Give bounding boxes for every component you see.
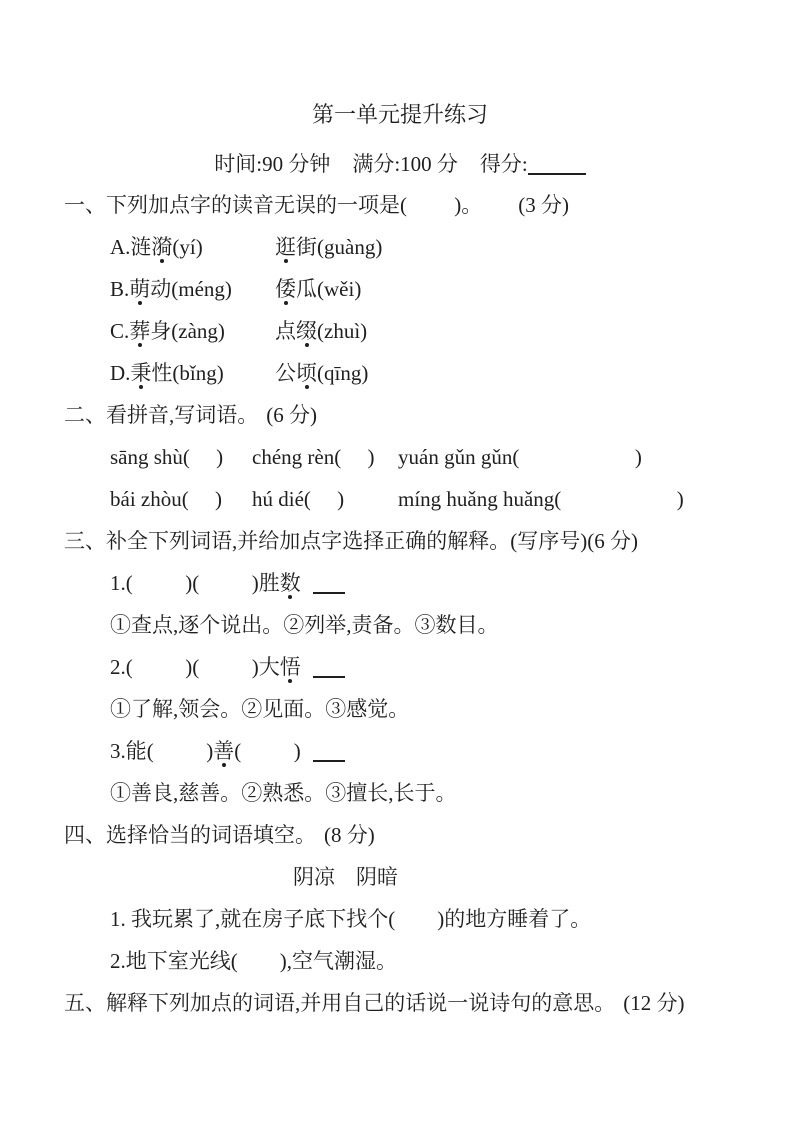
pinyin-prompt: chéng rèn( )	[252, 436, 398, 478]
q3-choices-2: ①了解,领会。②见面。③感觉。	[64, 688, 736, 730]
dotted-char: 数	[280, 573, 301, 594]
choices-text: ①了解,领会。②见面。③感觉。	[110, 697, 409, 721]
q1-option-a-word1: A.涟漪(yí)	[110, 226, 275, 268]
dotted-char: 善	[213, 741, 234, 762]
q1-option-b-word1: B.萌动(méng)	[110, 268, 275, 310]
word-pre: 公	[275, 361, 296, 385]
word-pre: D.	[110, 361, 130, 385]
word-pre: C.	[110, 319, 129, 343]
q3-points: (6 分)	[587, 529, 638, 553]
item-pre: 1.( )( )胜	[110, 571, 280, 595]
q1-option-d-word2: 公顷(qīng)	[275, 352, 368, 394]
q3-choices-3: ①善良,慈善。②熟悉。③擅长,长于。	[64, 772, 736, 814]
score-blank-line	[528, 173, 586, 175]
q3-choices-1: ①查点,逐个说出。②列举,责备。③数目。	[64, 604, 736, 646]
word-suf: (zhuì)	[317, 319, 367, 343]
q3-header-text: 三、补全下列词语,并给加点字选择正确的解释。(写序号)	[64, 529, 587, 553]
q5-points: (12 分)	[623, 991, 684, 1015]
answer-blank-line	[313, 592, 345, 594]
score-group: 得分:	[480, 150, 586, 178]
q1-points: (3 分)	[518, 193, 569, 217]
q2-pinyin-row-2: bái zhòu( ) hú dié( ) míng huǎng huǎng( …	[64, 478, 736, 520]
q4-item-1: 1. 我玩累了,就在房子底下找个( )的地方睡着了。	[64, 898, 736, 940]
q4-header: 四、选择恰当的词语填空。(8 分)	[64, 814, 736, 856]
q1-option-c: C.葬身(zàng) 点缀(zhuì)	[64, 310, 736, 352]
q1-option-b: B.萌动(méng) 倭瓜(wěi)	[64, 268, 736, 310]
score-label: 得分:	[480, 152, 528, 176]
q2-header-text: 二、看拼音,写词语。	[64, 403, 258, 427]
item-pre: 2.( )( )大	[110, 655, 280, 679]
word-suf: 街(guàng)	[296, 235, 382, 259]
page-title: 第一单元提升练习	[64, 0, 736, 129]
dotted-char: 漪	[151, 237, 172, 258]
sentence-text: 2.地下室光线( ),空气潮湿。	[110, 949, 397, 973]
answer-blank-line	[313, 676, 345, 678]
choices-text: ①善良,慈善。②熟悉。③擅长,长于。	[110, 781, 457, 805]
pinyin-prompt: yuán gǔn gǔn( )	[398, 436, 642, 478]
q3-item-1: 1.( )( )胜数	[64, 562, 736, 604]
word-bank-text: 阴凉 阴暗	[293, 865, 398, 889]
word-suf: 动(méng)	[150, 277, 232, 301]
dotted-char: 缀	[296, 321, 317, 342]
pinyin-prompt: míng huǎng huǎng( )	[398, 478, 684, 520]
q1-option-a-word2: 逛街(guàng)	[275, 226, 382, 268]
exam-page: 第一单元提升练习 时间:90 分钟 满分:100 分 得分: 一、下列加点字的读…	[0, 0, 800, 1136]
q3-header: 三、补全下列词语,并给加点字选择正确的解释。(写序号)(6 分)	[64, 520, 736, 562]
q2-header: 二、看拼音,写词语。(6 分)	[64, 394, 736, 436]
dotted-char: 悟	[280, 657, 301, 678]
dotted-char: 顷	[296, 363, 317, 384]
item-suf: ( )	[234, 739, 301, 763]
dotted-char: 逛	[275, 237, 296, 258]
q4-item-2: 2.地下室光线( ),空气潮湿。	[64, 940, 736, 982]
q1-option-c-word1: C.葬身(zàng)	[110, 310, 275, 352]
choices-text: ①查点,逐个说出。②列举,责备。③数目。	[110, 613, 499, 637]
time-label: 时间:90 分钟	[214, 150, 330, 178]
word-pre: 点	[275, 319, 296, 343]
sentence-text: 1. 我玩累了,就在房子底下找个( )的地方睡着了。	[110, 907, 591, 931]
dotted-char: 倭	[275, 279, 296, 300]
exam-body: 一、下列加点字的读音无误的一项是( )。(3 分) A.涟漪(yí) 逛街(gu…	[64, 184, 736, 1024]
answer-blank-line	[313, 760, 345, 762]
pinyin-prompt: hú dié( )	[252, 478, 398, 520]
word-suf: 身(zàng)	[150, 319, 225, 343]
q3-item-3: 3.能( )善( )	[64, 730, 736, 772]
q4-points: (8 分)	[324, 823, 375, 847]
q1-option-c-word2: 点缀(zhuì)	[275, 310, 367, 352]
q4-header-text: 四、选择恰当的词语填空。	[64, 823, 316, 847]
q4-word-bank: 阴凉 阴暗	[64, 856, 736, 898]
q2-pinyin-row-1: sāng shù( ) chéng rèn( ) yuán gǔn gǔn( )	[64, 436, 736, 478]
q1-option-b-word2: 倭瓜(wěi)	[275, 268, 361, 310]
q1-option-d: D.秉性(bǐng) 公顷(qīng)	[64, 352, 736, 394]
word-suf: (qīng)	[317, 361, 368, 385]
q5-header: 五、解释下列加点的词语,并用自己的话说一说诗句的意思。(12 分)	[64, 982, 736, 1024]
q1-option-d-word1: D.秉性(bǐng)	[110, 352, 275, 394]
q1-option-a: A.涟漪(yí) 逛街(guàng)	[64, 226, 736, 268]
word-pre: A.涟	[110, 235, 151, 259]
exam-info-line: 时间:90 分钟 满分:100 分 得分:	[64, 150, 736, 178]
pinyin-prompt: sāng shù( )	[110, 436, 252, 478]
word-suf: (yí)	[172, 235, 202, 259]
word-suf: 性(bǐng)	[151, 361, 223, 385]
word-pre: B.	[110, 277, 129, 301]
full-score-label: 满分:100 分	[352, 150, 458, 178]
pinyin-prompt: bái zhòu( )	[110, 478, 252, 520]
item-pre: 3.能( )	[110, 739, 213, 763]
q5-header-text: 五、解释下列加点的词语,并用自己的话说一说诗句的意思。	[64, 991, 615, 1015]
dotted-char: 萌	[129, 279, 150, 300]
q2-points: (6 分)	[266, 403, 317, 427]
q3-item-2: 2.( )( )大悟	[64, 646, 736, 688]
q1-header-text: 一、下列加点字的读音无误的一项是( )。	[64, 193, 482, 217]
word-suf: 瓜(wěi)	[296, 277, 361, 301]
dotted-char: 葬	[129, 321, 150, 342]
q1-header: 一、下列加点字的读音无误的一项是( )。(3 分)	[64, 184, 736, 226]
dotted-char: 秉	[130, 363, 151, 384]
